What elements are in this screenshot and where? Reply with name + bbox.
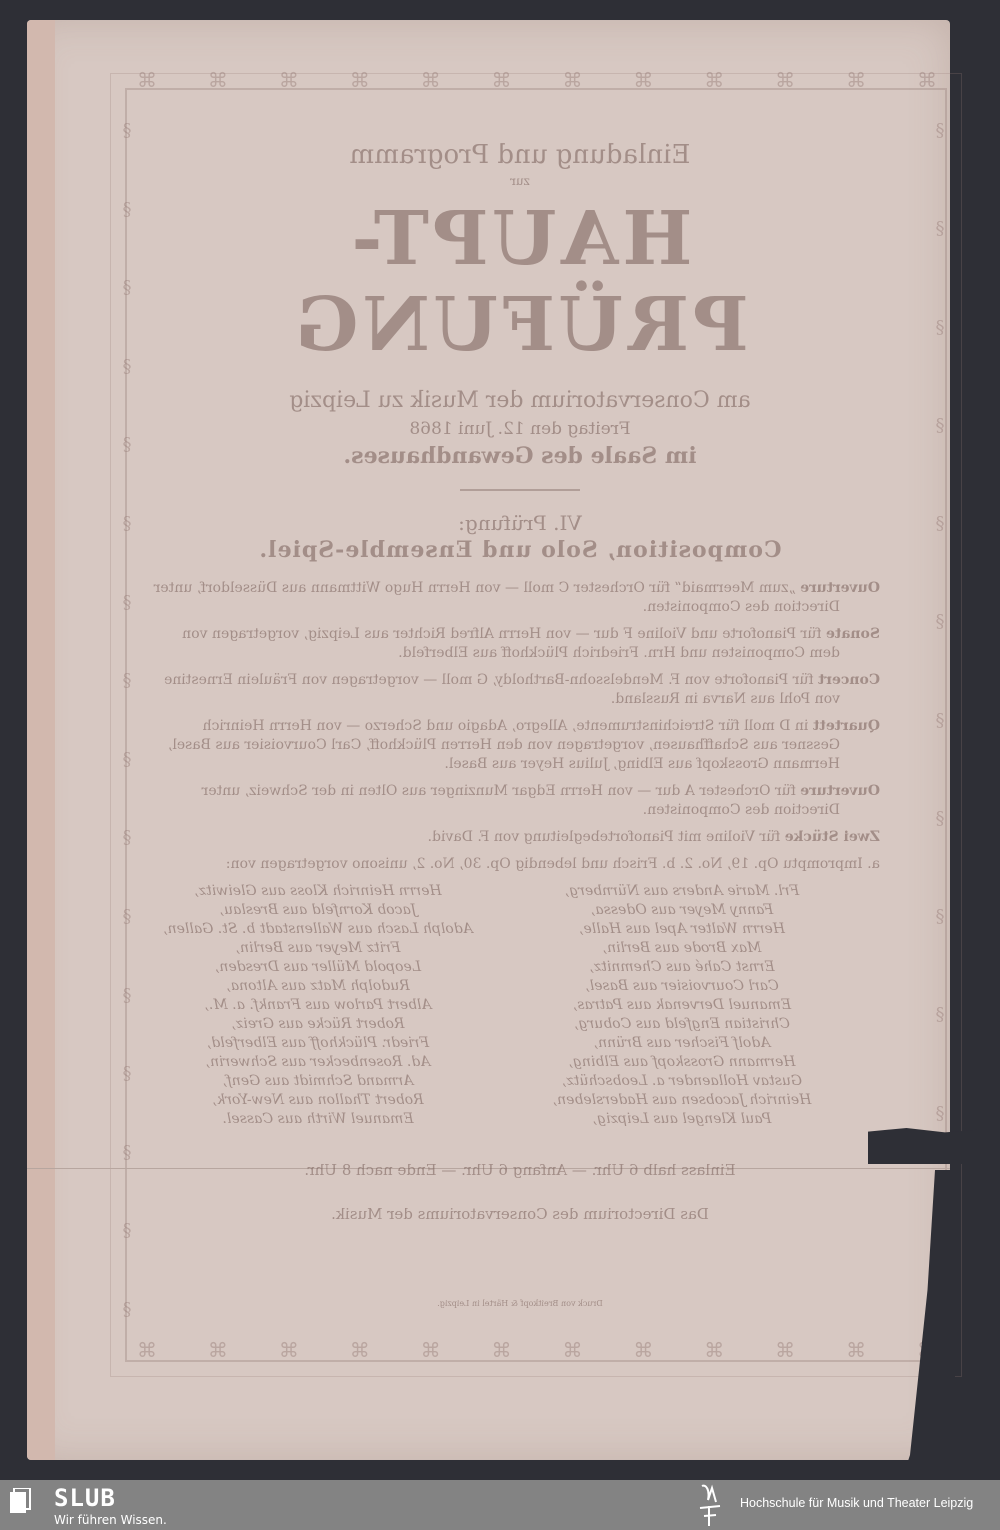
slub-tagline: Wir führen Wissen. [54,1513,167,1527]
performers-list: Frl. Marie Anders aus Nürnberg,Fanny Mey… [150,882,890,1129]
venue-line: im Saale des Gewandhauses. [150,443,890,469]
closing-text: Einlass halb 6 Uhr. — Anfang 6 Uhr. — En… [150,1161,890,1308]
section-title: Composition, Solo und Ensemble-Spiel. [150,537,890,563]
performers-left-column: Frl. Marie Anders aus Nürnberg,Fanny Mey… [514,882,850,1129]
page-edge-strip [27,20,55,1460]
program-item: Ouverture für Orchester A dur — von Herr… [150,782,880,820]
heading-invitation: Einladung und Programm [150,140,890,170]
signature-line: Das Directorium des Conservatoriums der … [150,1205,890,1223]
hmt-name[interactable]: Hochschule für Musik und Theater Leipzig [740,1496,973,1510]
hmt-logo-icon[interactable] [692,1482,726,1528]
section-number: VI. Prüfung: [150,511,890,535]
slub-logo-text[interactable]: SLUB [54,1484,116,1512]
ornamental-divider [460,489,580,491]
program-item: Zwei Stücke für Violine mit Pianofortebe… [150,828,880,847]
scan-viewer: ⌘⌘⌘⌘⌘⌘⌘⌘⌘⌘⌘⌘ ⌘⌘⌘⌘⌘⌘⌘⌘⌘⌘⌘⌘ §§§§§§§§§§§§§§… [0,0,1000,1478]
printer-line: Druck von Breitkopf & Härtel in Leipzig. [150,1299,890,1308]
institution-line: am Conservatorium der Musik zu Leipzig [150,388,890,413]
showthrough-text: Einladung und Programm zur HAUPT-PRÜFUNG… [150,130,890,1308]
performers-right-column: Herrn Heinrich Kloss aus Gleiwitz,Jacob … [150,882,486,1129]
page-title: HAUPT-PRÜFUNG [150,196,890,368]
program-item: Sonate für Pianoforte und Violine F dur … [150,625,880,663]
times-line: Einlass halb 6 Uhr. — Anfang 6 Uhr. — En… [150,1161,890,1179]
heading-zur: zur [150,174,890,188]
program-item: Ouverture „zum Meermaid“ für Orchester C… [150,579,880,617]
date-line: Freitag den 12. Juni 1868 [150,419,890,439]
program-item: a. Impromptu Op. 19, No. 2. b. Frisch un… [150,855,880,874]
program-item: Quartett in D moll für Streichinstrument… [150,717,880,774]
program-item: Concert für Pianoforte von F. Mendelssoh… [150,671,880,709]
program-list: Ouverture „zum Meermaid“ für Orchester C… [150,579,890,874]
left-ornament-column: §§§§§§§§§§§§§§§§ [117,120,137,1320]
slub-book-icon [8,1488,32,1514]
footer-bar: SLUB Wir führen Wissen. Hochschule für M… [0,1480,1000,1530]
bottom-ornament-row: ⌘⌘⌘⌘⌘⌘⌘⌘⌘⌘⌘⌘ [137,1338,937,1358]
top-ornament-row: ⌘⌘⌘⌘⌘⌘⌘⌘⌘⌘⌘⌘ [137,68,937,88]
